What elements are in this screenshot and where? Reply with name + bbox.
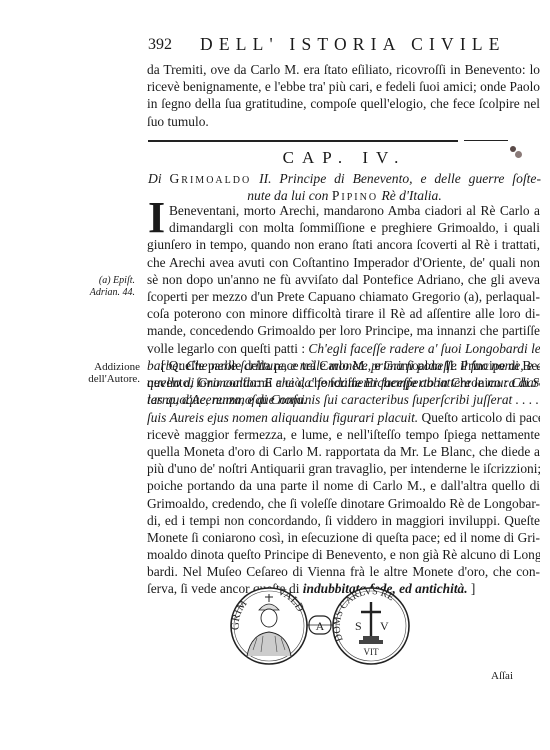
text-span: Chronico : <box>448 375 512 390</box>
text-line: moaldo dinota queſto Principe di Beneven… <box>147 546 540 563</box>
italic-span: Ch'egli faceſſe radere a' ſuoi Longobard… <box>308 341 540 356</box>
footnote-reference-a: (a) Epiſt. Adrian. 44. <box>70 275 135 299</box>
text-line: Beneventani, morto Arechi, mandarono Amb… <box>147 202 540 219</box>
section-rule-short <box>464 140 508 141</box>
chapter-subtitle: Di Grimoaldo II. Principe di Benevento, … <box>148 170 541 204</box>
text-line: sè non dopo un'anno ne fù avviſato dal P… <box>147 271 540 288</box>
text-line: bardi. Nel Muſeo Ceſareo di Vienna frà l… <box>147 563 540 580</box>
continuation-paragraph: da Tremiti, ove da Carlo M. era ſtato eſ… <box>147 61 540 130</box>
subtitle-text: nute da lui con <box>247 188 328 203</box>
subtitle-text: Di <box>148 171 162 186</box>
field-letter: S <box>355 619 362 633</box>
page-header: 392 DELL' ISTORIA CIVILE <box>148 32 508 58</box>
italic-span: Char- <box>511 375 540 390</box>
margin-note-author-addition: Addizione dell'Autore. <box>70 361 140 385</box>
subtitle-name: Pipino <box>332 188 378 203</box>
text-line: nevento, ſono conformi a ciò, che ſcriſſ… <box>147 374 540 391</box>
coin-illustration: GRIM VALD A DOMS CARLVS RE <box>225 580 415 670</box>
chapter-heading: CAP. IV. <box>148 148 541 168</box>
text-line: volle legarlo con queſti patti : Ch'egli… <box>147 340 540 357</box>
connector-letter: A <box>316 619 325 633</box>
text-span: nevento, ſono conformi a ciò, che ſcriſſ… <box>147 375 365 390</box>
text-line: [ Queſte parole della pace trà Carlo M.,… <box>147 357 540 374</box>
text-line: ricevè maggior fermezza, e lume, e nell'… <box>147 426 540 443</box>
note-line: (a) Epiſt. <box>70 275 135 287</box>
subtitle-text: Rè d'Italia. <box>378 188 442 203</box>
section-rule <box>148 140 458 142</box>
exergue-text: VIT <box>364 647 379 657</box>
text-line: quella Moneta d'oro di Carlo M. rapporta… <box>147 443 540 460</box>
text-line: coſa poterono con minore difficoltà tira… <box>147 305 540 322</box>
field-letter: V <box>380 619 389 633</box>
subtitle-text: II. Principe di Benevento, e delle guerr… <box>251 171 541 186</box>
page-number: 392 <box>148 36 172 54</box>
coin-engraving: GRIM VALD A DOMS CARLVS RE <box>225 580 415 670</box>
text-line: in ſegno della ſua gratitudine, compoſe … <box>147 95 540 112</box>
text-line: più d'uno de' noſtri Antiquarii gran tra… <box>147 460 540 477</box>
text-line: ricevè benignamente, e l'ebbe tra' più c… <box>147 78 540 95</box>
text-line: di, ed i tempi non concordando, ſi vidde… <box>147 512 540 529</box>
text-line: ſuo tumulo. <box>147 113 540 130</box>
text-line: da Tremiti, ove da Carlo M. era ſtato eſ… <box>147 61 540 78</box>
text-line: che Arechi avea avuti con Coſtantino Imp… <box>147 254 540 271</box>
note-line: dell'Autore. <box>70 373 140 385</box>
note-line: Adrian. 44. <box>70 287 135 299</box>
note-line: Addizione <box>70 361 140 373</box>
text-line: mande, concedendo Grimoaldo per loro Pri… <box>147 322 540 339</box>
catchword: Aſſai <box>491 670 513 682</box>
paragraph-2: [ Queſte parole della pace trà Carlo M.,… <box>147 357 540 598</box>
subtitle-name: Grimoaldo <box>169 171 251 186</box>
text-span: Queſto articolo di pace <box>418 410 540 425</box>
italic-span: ſuis Aureis ejus nomen aliquandiu figura… <box>147 410 418 425</box>
text-line: ſuis Aureis ejus nomen aliquandiu figura… <box>147 409 540 426</box>
text-line: giunſero in tempo, quando non erano ſtat… <box>147 236 540 253</box>
text-line: tas quoque, nummoſque nominis ſui caract… <box>147 391 540 408</box>
text-span: ] <box>468 581 476 596</box>
book-page: 392 DELL' ISTORIA CIVILE da Tremiti, ove… <box>0 0 550 750</box>
text-line: dimandargli con molta ſommiſſione e preg… <box>147 219 540 236</box>
text-line: Grimoaldo, credendo, che ſi voleſſe dino… <box>147 495 540 512</box>
text-line: Monete ſi coniarono così, in eſecuzione … <box>147 529 540 546</box>
text-line: poiche portando da una parte il nome di … <box>147 477 540 494</box>
text-line: ſcoperti per mezzo d'un Prete Capuano ch… <box>147 288 540 305</box>
italic-span: Erchemperto in <box>365 375 448 390</box>
running-title: DELL' ISTORIA CIVILE <box>200 34 506 55</box>
text-span: volle legarlo con queſti patti : <box>147 341 308 356</box>
